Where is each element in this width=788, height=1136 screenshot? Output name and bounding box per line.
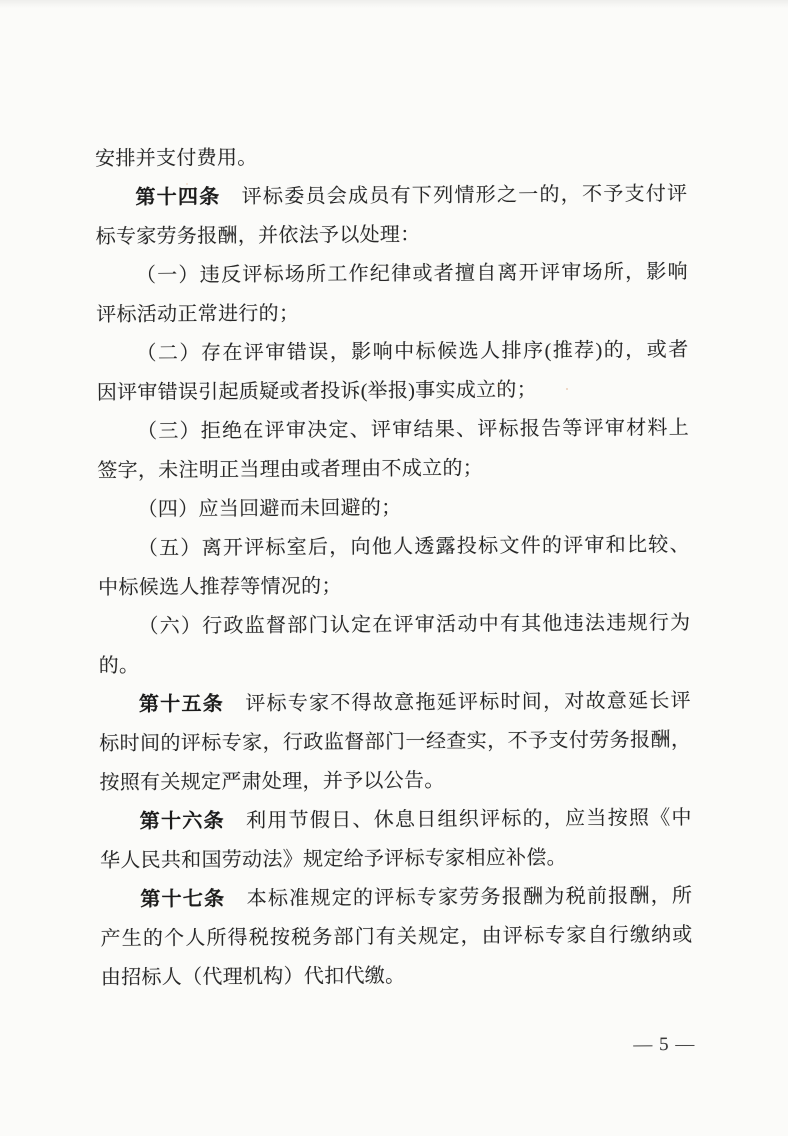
line-text: （二）存在评审错误，影响中标候选人排序(推荐)的，或者 (136, 339, 688, 365)
text-line: 标时间的评标专家，行政监督部门一经查实，不予支付劳务报酬， (99, 721, 691, 764)
text-line: （一）违反评标场所工作纪律或者擅自离开评审场所，影响 (96, 253, 688, 296)
line-text: （三）拒绝在评审决定、评审结果、评标报告等评审材料上 (137, 417, 689, 443)
text-line: 的。 (99, 643, 691, 686)
line-text: 由招标人（代理机构）代扣代缴。 (101, 965, 406, 989)
text-line: （六）行政监督部门认定在评审活动中有其他违法违规行为 (98, 604, 690, 647)
line-text: （四）应当回避而未回避的； (138, 497, 402, 521)
scan-content: 安排并支付费用。第十四条 评标委员会成员有下列情形之一的，不予支付评标专家劳务报… (0, 0, 788, 1136)
document-body: 安排并支付费用。第十四条 评标委员会成员有下列情形之一的，不予支付评标专家劳务报… (95, 136, 693, 998)
text-line: 标专家劳务报酬，并依法予以处理： (96, 214, 688, 257)
line-text: 的。 (99, 655, 140, 677)
article-number: 第十六条 (140, 810, 225, 833)
article-number: 第十七条 (140, 888, 225, 911)
line-text: 中标候选人推荐等情况的； (98, 575, 342, 599)
text-line: 因评审错误引起质疑或者投诉(举报)事实成立的； (97, 370, 689, 413)
line-text: （五）离开评标室后，向他人透露投标文件的评审和比较、 (138, 534, 690, 560)
line-text: 评标委员会成员有下列情形之一的，不予支付评 (220, 183, 687, 208)
text-line: 产生的个人所得税按税务部门有关规定，由评标专家自行缴纳或 (100, 916, 692, 959)
text-line: 第十六条 利用节假日、休息日组织评标的，应当按照《中 (100, 799, 692, 842)
line-text: 签字，未注明正当理由或者理由不成立的； (97, 457, 483, 482)
text-line: 华人民共和国劳动法》规定给予评标专家相应补偿。 (100, 838, 692, 881)
line-text: 评标活动正常进行的； (96, 303, 299, 326)
text-line: （五）离开评标室后，向他人透露投标文件的评审和比较、 (98, 526, 690, 569)
text-line: 中标候选人推荐等情况的； (98, 565, 690, 608)
article-number: 第十四条 (135, 186, 220, 209)
line-text: 本标准规定的评标专家劳务报酬为税前报酬，所 (225, 885, 692, 910)
page-number: — 5 — (633, 1032, 695, 1058)
text-line: 按照有关规定严肃处理，并予以公告。 (99, 760, 691, 803)
line-text: 产生的个人所得税按税务部门有关规定，由评标专家自行缴纳或 (101, 924, 693, 950)
text-line: （三）拒绝在评审决定、评审结果、评标报告等评审材料上 (97, 409, 689, 452)
line-text: 因评审错误引起质疑或者投诉(举报)事实成立的； (97, 379, 537, 404)
text-line: 评标活动正常进行的； (96, 292, 688, 335)
line-text: 利用节假日、休息日组织评标的，应当按照《中 (225, 807, 692, 832)
text-line: 第十五条 评标专家不得故意拖延评标时间，对故意延长评 (99, 682, 691, 725)
text-line: 签字，未注明正当理由或者理由不成立的； (97, 448, 689, 491)
text-line: 安排并支付费用。 (95, 136, 687, 179)
line-text: 华人民共和国劳动法》规定给予评标专家相应补偿。 (100, 847, 567, 872)
text-line: （四）应当回避而未回避的； (97, 487, 689, 530)
line-text: （一）违反评标场所工作纪律或者擅自离开评审场所，影响 (136, 261, 688, 287)
text-line: （二）存在评审错误，影响中标候选人排序(推荐)的，或者 (96, 331, 688, 374)
line-text: 按照有关规定严肃处理，并予以公告。 (99, 770, 444, 794)
text-line: 第十四条 评标委员会成员有下列情形之一的，不予支付评 (95, 175, 687, 218)
line-text: （六）行政监督部门认定在评审活动中有其他违法违规行为 (138, 612, 690, 638)
line-text: 标专家劳务报酬，并依法予以处理： (96, 224, 421, 248)
article-number: 第十五条 (139, 693, 224, 716)
text-line: 由招标人（代理机构）代扣代缴。 (101, 955, 693, 998)
line-text: 安排并支付费用。 (95, 147, 258, 170)
text-line: 第十七条 本标准规定的评标专家劳务报酬为税前报酬，所 (100, 877, 692, 920)
line-text: 标时间的评标专家，行政监督部门一经查实，不予支付劳务报酬， (99, 729, 691, 755)
scanned-document-page: 安排并支付费用。第十四条 评标委员会成员有下列情形之一的，不予支付评标专家劳务报… (0, 0, 788, 1136)
line-text: 评标专家不得故意拖延评标时间，对故意延长评 (224, 690, 691, 715)
